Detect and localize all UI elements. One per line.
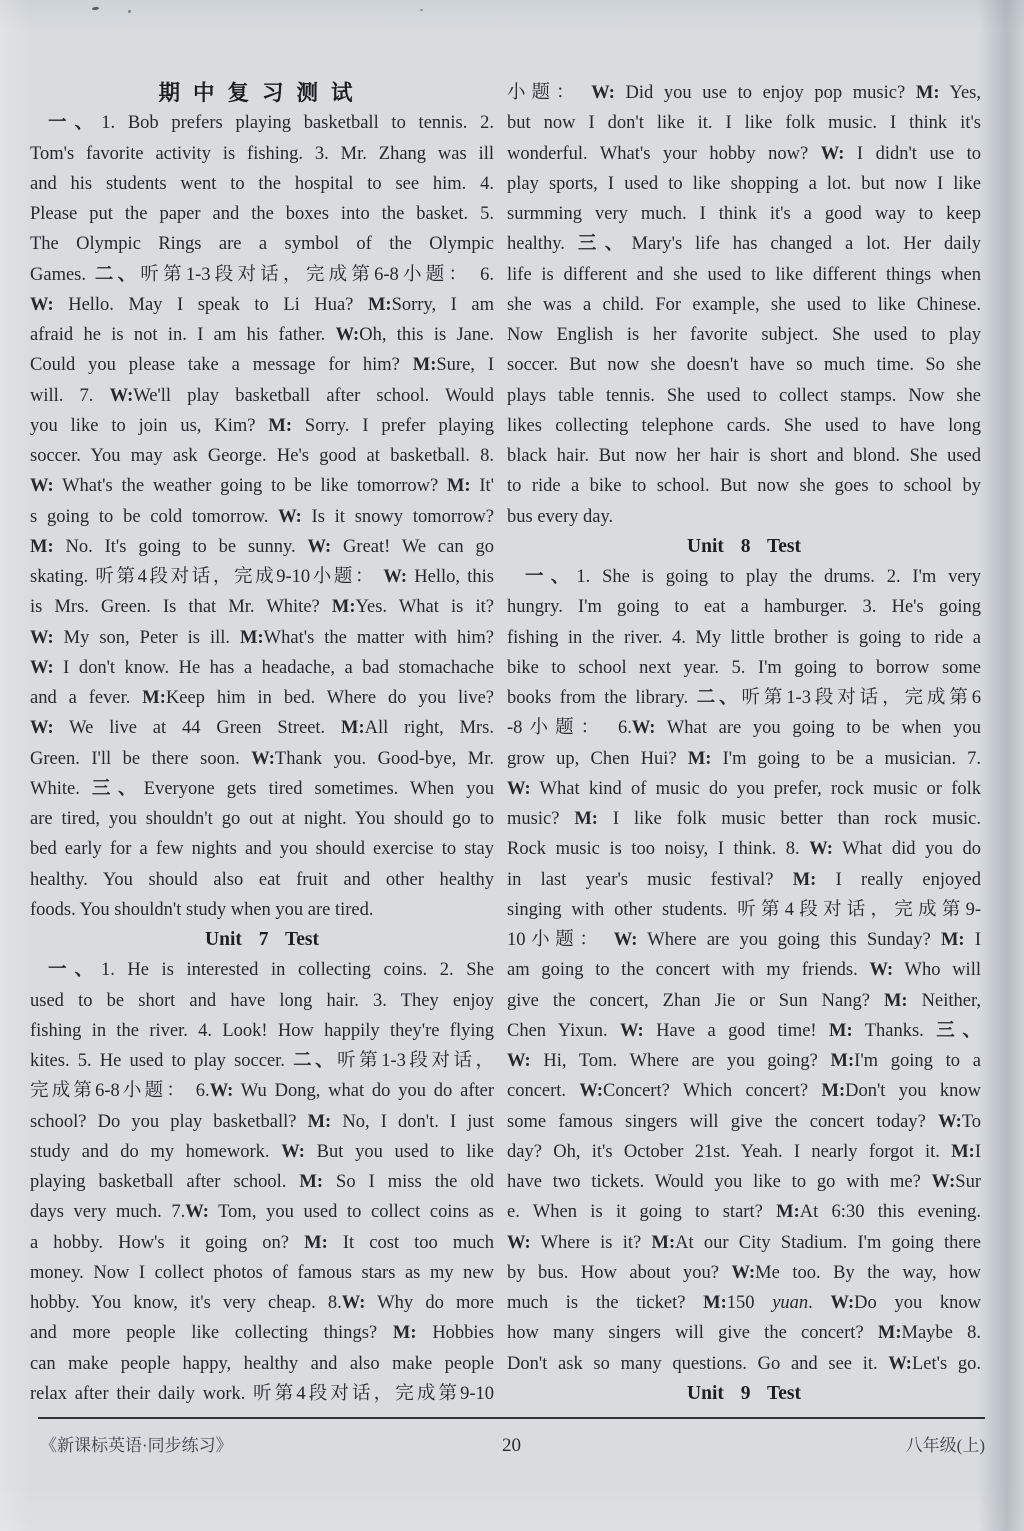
text-line: used to be short and have long hair. 3. …: [30, 986, 494, 1016]
text-line: -8小题： 6.W: What are you going to be when…: [507, 713, 981, 743]
text-line: W: What's the weather going to be like t…: [30, 471, 494, 501]
text-line: wonderful. What's your hobby now? W: I d…: [507, 139, 981, 169]
text-line: school? Do you play basketball? M: No, I…: [30, 1107, 494, 1137]
text-line: in last year's music festival? M: I real…: [507, 865, 981, 895]
text-line: black hair. But now her hair is short an…: [507, 441, 981, 471]
text-line: 10小题： W: Where are you going this Sunday…: [507, 925, 981, 955]
text-line: bus every day.: [507, 502, 981, 532]
text-line: 一、1. Bob prefers playing basketball to t…: [30, 108, 494, 138]
text-line: W: We live at 44 Green Street. M:All rig…: [30, 713, 494, 743]
text-line: Don't ask so many questions. Go and see …: [507, 1349, 981, 1379]
text-line: play sports, I used to like shopping a l…: [507, 169, 981, 199]
text-line: playing basketball after school. M: So I…: [30, 1167, 494, 1197]
text-line: she was a child. For example, she used t…: [507, 290, 981, 320]
text-line: foods. You shouldn't study when you are …: [30, 895, 494, 925]
left-column-lines: 一、1. Bob prefers playing basketball to t…: [30, 108, 494, 1409]
text-line: day? Oh, it's October 21st. Yeah. I near…: [507, 1137, 981, 1167]
text-line: Games. 二、听第1-3段对话，完成第6-8小题： 6.: [30, 260, 494, 290]
text-line: Green. I'll be there soon. W:Thank you. …: [30, 744, 494, 774]
footer-grade-label: 八年级(上): [906, 1431, 985, 1461]
text-line: money. Now I collect photos of famous st…: [30, 1258, 494, 1288]
text-line: am going to the concert with my friends.…: [507, 955, 981, 985]
text-line: healthy. You should also eat fruit and o…: [30, 865, 494, 895]
text-line: bed early for a few nights and you shoul…: [30, 834, 494, 864]
scanned-page: 期中复习测试 一、1. Bob prefers playing basketba…: [0, 0, 1024, 1531]
text-line: fishing in the river. 4. Look! How happi…: [30, 1016, 494, 1046]
text-line: grow up, Chen Hui? M: I'm going to be a …: [507, 744, 981, 774]
text-line: W: My son, Peter is ill. M:What's the ma…: [30, 623, 494, 653]
text-line: hungry. I'm going to eat a hamburger. 3.…: [507, 592, 981, 622]
text-line: likes collecting telephone cards. She us…: [507, 411, 981, 441]
scan-speckle: [92, 7, 99, 11]
text-line: s going to be cold tomorrow. W: Is it sn…: [30, 502, 494, 532]
text-line: and more people like collecting things? …: [30, 1318, 494, 1348]
left-column: 期中复习测试 一、1. Bob prefers playing basketba…: [30, 78, 494, 1409]
text-line: The Olympic Rings are a symbol of the Ol…: [30, 229, 494, 259]
text-line: Please put the paper and the boxes into …: [30, 199, 494, 229]
text-line: soccer. But now she doesn't have so much…: [507, 350, 981, 380]
scan-speckle: [128, 10, 131, 13]
text-line: afraid he is not in. I am his father. W:…: [30, 320, 494, 350]
text-line: can make people happy, healthy and also …: [30, 1349, 494, 1379]
text-line: kites. 5. He used to play soccer. 二、听第1-…: [30, 1046, 494, 1076]
right-column: 小题： W: Did you use to enjoy pop music? M…: [507, 78, 981, 1409]
text-line: Tom's favorite activity is fishing. 3. M…: [30, 139, 494, 169]
text-line: singing with other students. 听第4段对话，完成第9…: [507, 895, 981, 925]
scan-speckle: [420, 9, 423, 11]
text-line: Now English is her favorite subject. She…: [507, 320, 981, 350]
text-line: plays table tennis. She used to collect …: [507, 381, 981, 411]
text-line: are tired, you shouldn't go out at night…: [30, 804, 494, 834]
text-line: soccer. You may ask George. He's good at…: [30, 441, 494, 471]
text-line: skating. 听第4段对话，完成9-10小题： W: Hello, this: [30, 562, 494, 592]
text-line: and a fever. M:Keep him in bed. Where do…: [30, 683, 494, 713]
text-line: Rock music is too noisy, I think. 8. W: …: [507, 834, 981, 864]
text-line: 完成第6-8小题： 6.W: Wu Dong, what do you do a…: [30, 1076, 494, 1106]
text-line: you like to join us, Kim? M: Sorry. I pr…: [30, 411, 494, 441]
text-line: Could you please take a message for him?…: [30, 350, 494, 380]
text-line: W: Hi, Tom. Where are you going? M:I'm g…: [507, 1046, 981, 1076]
text-line: to ride a bike to school. But now she go…: [507, 471, 981, 501]
text-line: by bus. How about you? W:Me too. By the …: [507, 1258, 981, 1288]
text-line: 一、1. He is interested in collecting coin…: [30, 955, 494, 985]
section-header: Unit 9 Test: [507, 1379, 981, 1409]
text-line: books from the library. 二、听第1-3段对话，完成第6: [507, 683, 981, 713]
text-line: healthy. 三、Mary's life has changed a lot…: [507, 229, 981, 259]
text-line: a hobby. How's it going on? M: It cost t…: [30, 1228, 494, 1258]
text-line: have two tickets. Would you like to go w…: [507, 1167, 981, 1197]
text-line: Chen Yixun. W: Have a good time! M: Than…: [507, 1016, 981, 1046]
text-line: will. 7. W:We'll play basketball after s…: [30, 381, 494, 411]
text-line: bike to school next year. 5. I'm going t…: [507, 653, 981, 683]
footer-rule: [38, 1417, 985, 1419]
text-line: e. When is it going to start? M:At 6:30 …: [507, 1197, 981, 1227]
text-line: concert. W:Concert? Which concert? M:Don…: [507, 1076, 981, 1106]
text-line: relax after their daily work. 听第4段对话，完成第…: [30, 1379, 494, 1409]
section-header: Unit 7 Test: [30, 925, 494, 955]
text-line: hobby. You know, it's very cheap. 8.W: W…: [30, 1288, 494, 1318]
text-line: but now I don't like it. I like folk mus…: [507, 108, 981, 138]
page-footer: 《新课标英语·同步练习》 20 八年级(上): [38, 1431, 985, 1461]
right-column-lines: 小题： W: Did you use to enjoy pop music? M…: [507, 78, 981, 1409]
text-line: is Mrs. Green. Is that Mr. White? M:Yes.…: [30, 592, 494, 622]
text-line: give the concert, Zhan Jie or Sun Nang? …: [507, 986, 981, 1016]
text-line: W: What kind of music do you prefer, roc…: [507, 774, 981, 804]
page-title: 期中复习测试: [30, 78, 494, 108]
footer-page-number: 20: [38, 1431, 985, 1461]
text-line: W: Where is it? M:At our City Stadium. I…: [507, 1228, 981, 1258]
text-line: M: No. It's going to be sunny. W: Great!…: [30, 532, 494, 562]
text-line: and his students went to the hospital to…: [30, 169, 494, 199]
text-line: days very much. 7.W: Tom, you used to co…: [30, 1197, 494, 1227]
text-line: 一、1. She is going to play the drums. 2. …: [507, 562, 981, 592]
text-line: White. 三、Everyone gets tired sometimes. …: [30, 774, 494, 804]
text-line: much is the ticket? M:150 yuan. W:Do you…: [507, 1288, 981, 1318]
text-line: 小题： W: Did you use to enjoy pop music? M…: [507, 78, 981, 108]
text-line: some famous singers will give the concer…: [507, 1107, 981, 1137]
text-line: W: I don't know. He has a headache, a ba…: [30, 653, 494, 683]
text-line: W: Hello. May I speak to Li Hua? M:Sorry…: [30, 290, 494, 320]
text-line: life is different and she used to like d…: [507, 260, 981, 290]
text-line: how many singers will give the concert? …: [507, 1318, 981, 1348]
text-line: study and do my homework. W: But you use…: [30, 1137, 494, 1167]
text-line: fishing in the river. 4. My little broth…: [507, 623, 981, 653]
section-header: Unit 8 Test: [507, 532, 981, 562]
text-line: music? M: I like folk music better than …: [507, 804, 981, 834]
text-line: surmming very much. I think it's a good …: [507, 199, 981, 229]
